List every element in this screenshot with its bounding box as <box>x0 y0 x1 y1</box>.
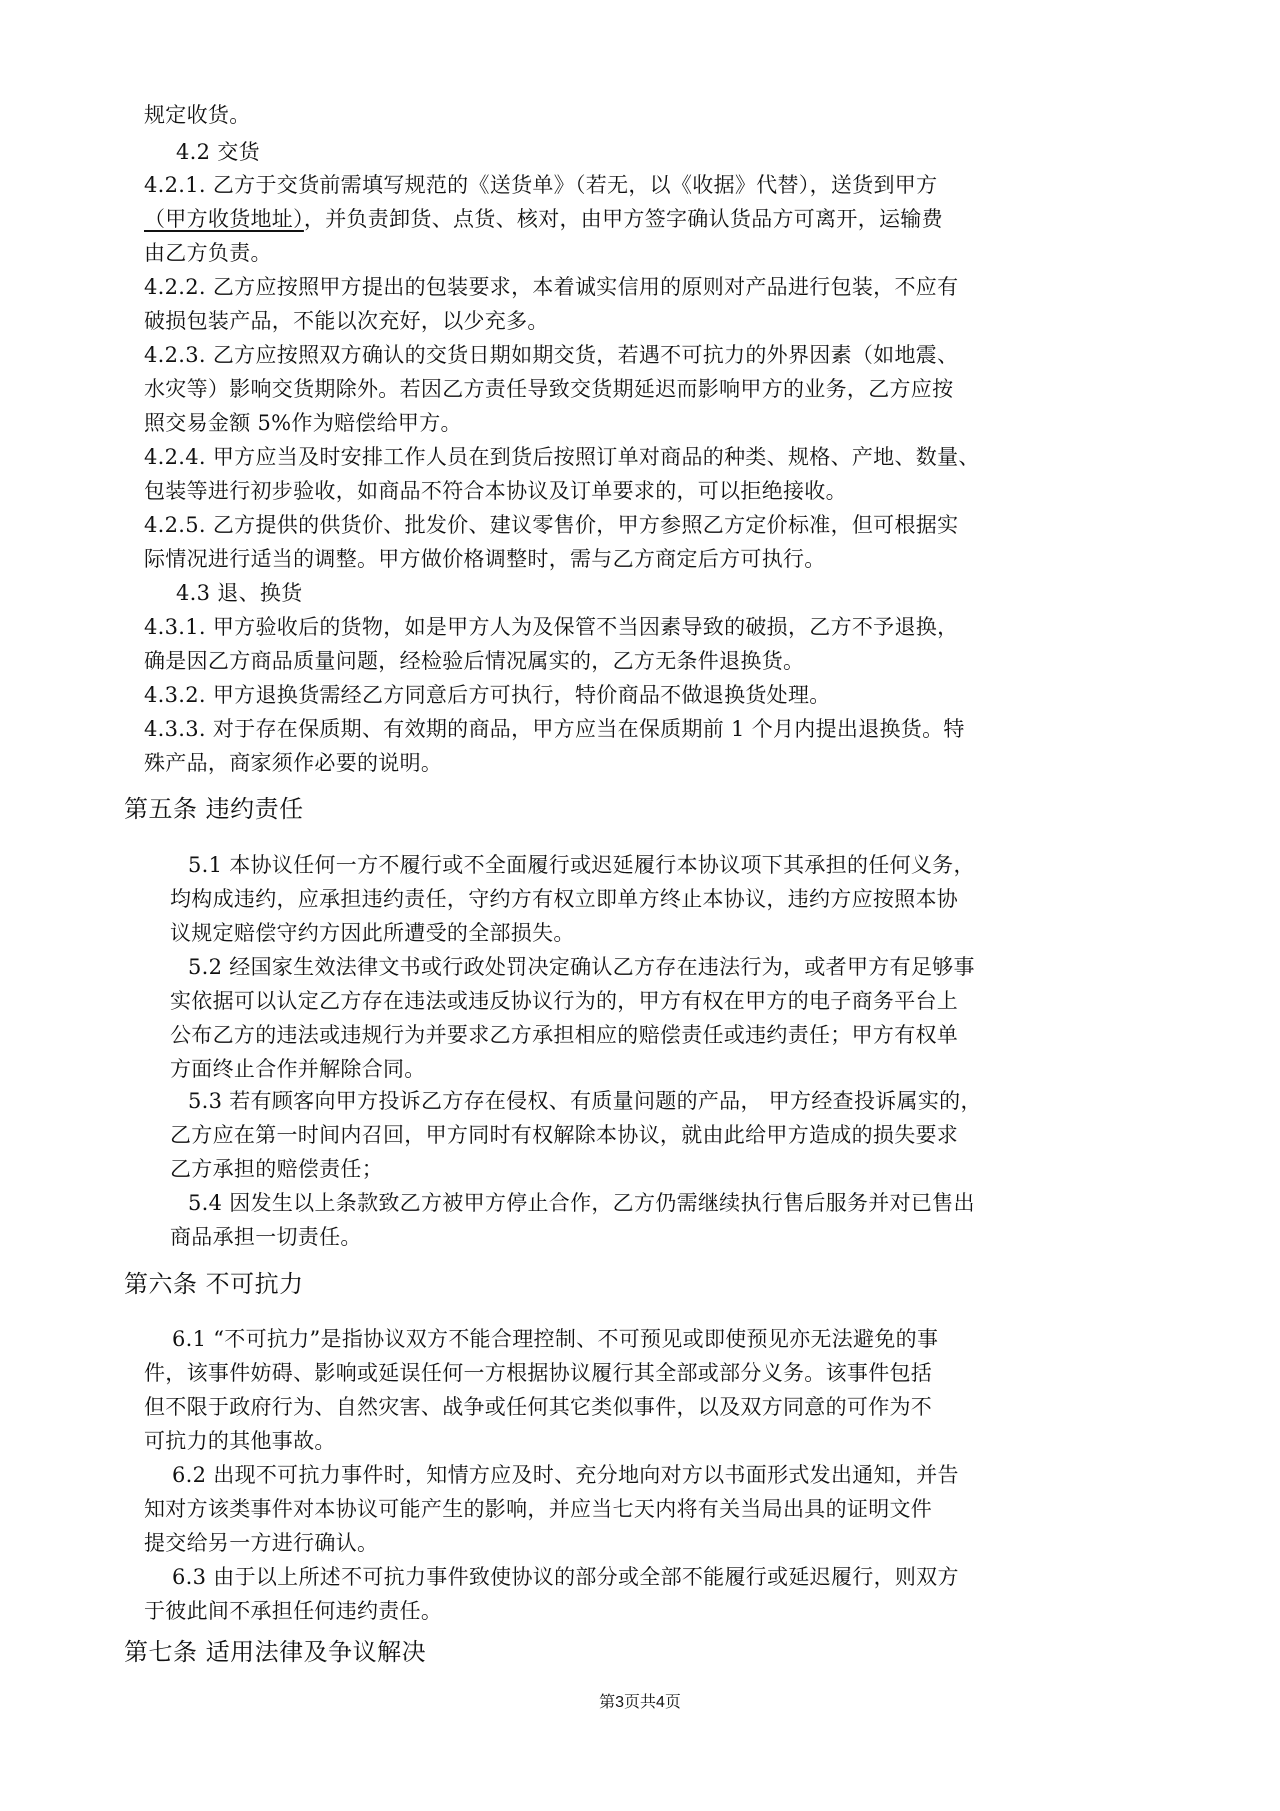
clause-5-3: 5.3 若有顾客向甲方投诉乙方存在侵权、有质量问题的产品， 甲方经查投诉属实的， <box>188 1084 1188 1118</box>
document-page: 规定收货。 4.2 交货 4.2.1. 乙方于交货前需填写规范的《送货单》（若无… <box>0 0 1280 1811</box>
clause-5-3-cont: 乙方承担的赔偿责任； <box>170 1152 1170 1186</box>
page-number-footer: 第3页共4页 <box>0 1693 1280 1713</box>
article-7-heading: 第七条 适用法律及争议解决 <box>124 1634 426 1670</box>
clause-text: ，并负责卸货、点货、核对，由甲方签字确认货品方可离开，运输费 <box>304 207 943 231</box>
clause-4-3-3: 4.3.3. 对于存在保质期、有效期的商品，甲方应当在保质期前 1 个月内提出退… <box>144 712 1144 746</box>
clause-4-3-1-cont: 确是因乙方商品质量问题，经检验后情况属实的，乙方无条件退换货。 <box>144 644 1144 678</box>
clause-6-1-cont: 件，该事件妨碍、影响或延误任何一方根据协议履行其全部或部分义务。该事件包括 <box>144 1356 1144 1390</box>
clause-4-2-5: 4.2.5. 乙方提供的供货价、批发价、建议零售价，甲方参照乙方定价标准，但可根… <box>144 508 1144 542</box>
clause-4-2-4-cont: 包装等进行初步验收，如商品不符合本协议及订单要求的，可以拒绝接收。 <box>144 474 1144 508</box>
clause-4-3-2: 4.3.2. 甲方退换货需经乙方同意后方可执行，特价商品不做退换货处理。 <box>144 678 1144 712</box>
clause-6-3: 6.3 由于以上所述不可抗力事件致使协议的部分或全部不能履行或延迟履行，则双方 <box>172 1560 1172 1594</box>
clause-4-2-5-cont: 际情况进行适当的调整。甲方做价格调整时，需与乙方商定后方可执行。 <box>144 542 1144 576</box>
clause-4-2-1-cont: （甲方收货地址），并负责卸货、点货、核对，由甲方签字确认货品方可离开，运输费 <box>144 202 1144 236</box>
clause-4-2-3-cont: 水灾等）影响交货期除外。若因乙方责任导致交货期延迟而影响甲方的业务，乙方应按 <box>144 372 1144 406</box>
clause-4-2-4: 4.2.4. 甲方应当及时安排工作人员在到货后按照订单对商品的种类、规格、产地、… <box>144 440 1144 474</box>
clause-5-1-cont: 均构成违约，应承担违约责任，守约方有权立即单方终止本协议，违约方应按照本协 <box>170 882 1170 916</box>
article-6-heading: 第六条 不可抗力 <box>124 1266 304 1302</box>
clause-4-2-3: 4.2.3. 乙方应按照双方确认的交货日期如期交货，若遇不可抗力的外界因素（如地… <box>144 338 1144 372</box>
section-heading-4-2: 4.2 交货 <box>176 135 1176 169</box>
clause-4-3-3-cont: 殊产品，商家须作必要的说明。 <box>144 746 1144 780</box>
clause-4-2-1-cont: 由乙方负责。 <box>144 236 1144 270</box>
clause-5-1: 5.1 本协议任何一方不履行或不全面履行或迟延履行本协议项下其承担的任何义务， <box>188 848 1188 882</box>
clause-6-2-cont: 提交给另一方进行确认。 <box>144 1526 1144 1560</box>
article-5-heading: 第五条 违约责任 <box>124 791 304 827</box>
clause-4-2-1: 4.2.1. 乙方于交货前需填写规范的《送货单》（若无，以《收据》代替），送货到… <box>144 168 1144 202</box>
delivery-address-placeholder: （甲方收货地址） <box>144 207 304 231</box>
clause-5-4: 5.4 因发生以上条款致乙方被甲方停止合作，乙方仍需继续执行售后服务并对已售出 <box>188 1186 1188 1220</box>
clause-5-2: 5.2 经国家生效法律文书或行政处罚决定确认乙方存在违法行为，或者甲方有足够事 <box>188 950 1188 984</box>
clause-6-2: 6.2 出现不可抗力事件时，知情方应及时、充分地向对方以书面形式发出通知，并告 <box>172 1458 1172 1492</box>
clause-6-1-cont: 可抗力的其他事故。 <box>144 1424 1144 1458</box>
clause-6-1-cont: 但不限于政府行为、自然灾害、战争或任何其它类似事件，以及双方同意的可作为不 <box>144 1390 1144 1424</box>
clause-5-2-cont: 实依据可以认定乙方存在违法或违反协议行为的，甲方有权在甲方的电子商务平台上 <box>170 984 1170 1018</box>
clause-4-2-2-cont: 破损包装产品，不能以次充好，以少充多。 <box>144 304 1144 338</box>
clause-4-2-3-cont: 照交易金额 5%作为赔偿给甲方。 <box>144 406 1144 440</box>
clause-5-2-cont: 方面终止合作并解除合同。 <box>170 1052 1170 1086</box>
clause-5-3-cont: 乙方应在第一时间内召回，甲方同时有权解除本协议，就由此给甲方造成的损失要求 <box>170 1118 1170 1152</box>
clause-5-4-cont: 商品承担一切责任。 <box>170 1220 1170 1254</box>
clause-4-2-2: 4.2.2. 乙方应按照甲方提出的包装要求，本着诚实信用的原则对产品进行包装，不… <box>144 270 1144 304</box>
clause-6-1: 6.1 “不可抗力”是指协议双方不能合理控制、不可预见或即使预见亦无法避免的事 <box>172 1322 1172 1356</box>
paragraph-line: 规定收货。 <box>144 98 1144 132</box>
clause-5-2-cont: 公布乙方的违法或违规行为并要求乙方承担相应的赔偿责任或违约责任；甲方有权单 <box>170 1018 1170 1052</box>
clause-5-1-cont: 议规定赔偿守约方因此所遭受的全部损失。 <box>170 916 1170 950</box>
section-heading-4-3: 4.3 退、换货 <box>176 576 1176 610</box>
clause-4-3-1: 4.3.1. 甲方验收后的货物，如是甲方人为及保管不当因素导致的破损，乙方不予退… <box>144 610 1144 644</box>
clause-6-3-cont: 于彼此间不承担任何违约责任。 <box>144 1594 1144 1628</box>
clause-6-2-cont: 知对方该类事件对本协议可能产生的影响，并应当七天内将有关当局出具的证明文件 <box>144 1492 1144 1526</box>
